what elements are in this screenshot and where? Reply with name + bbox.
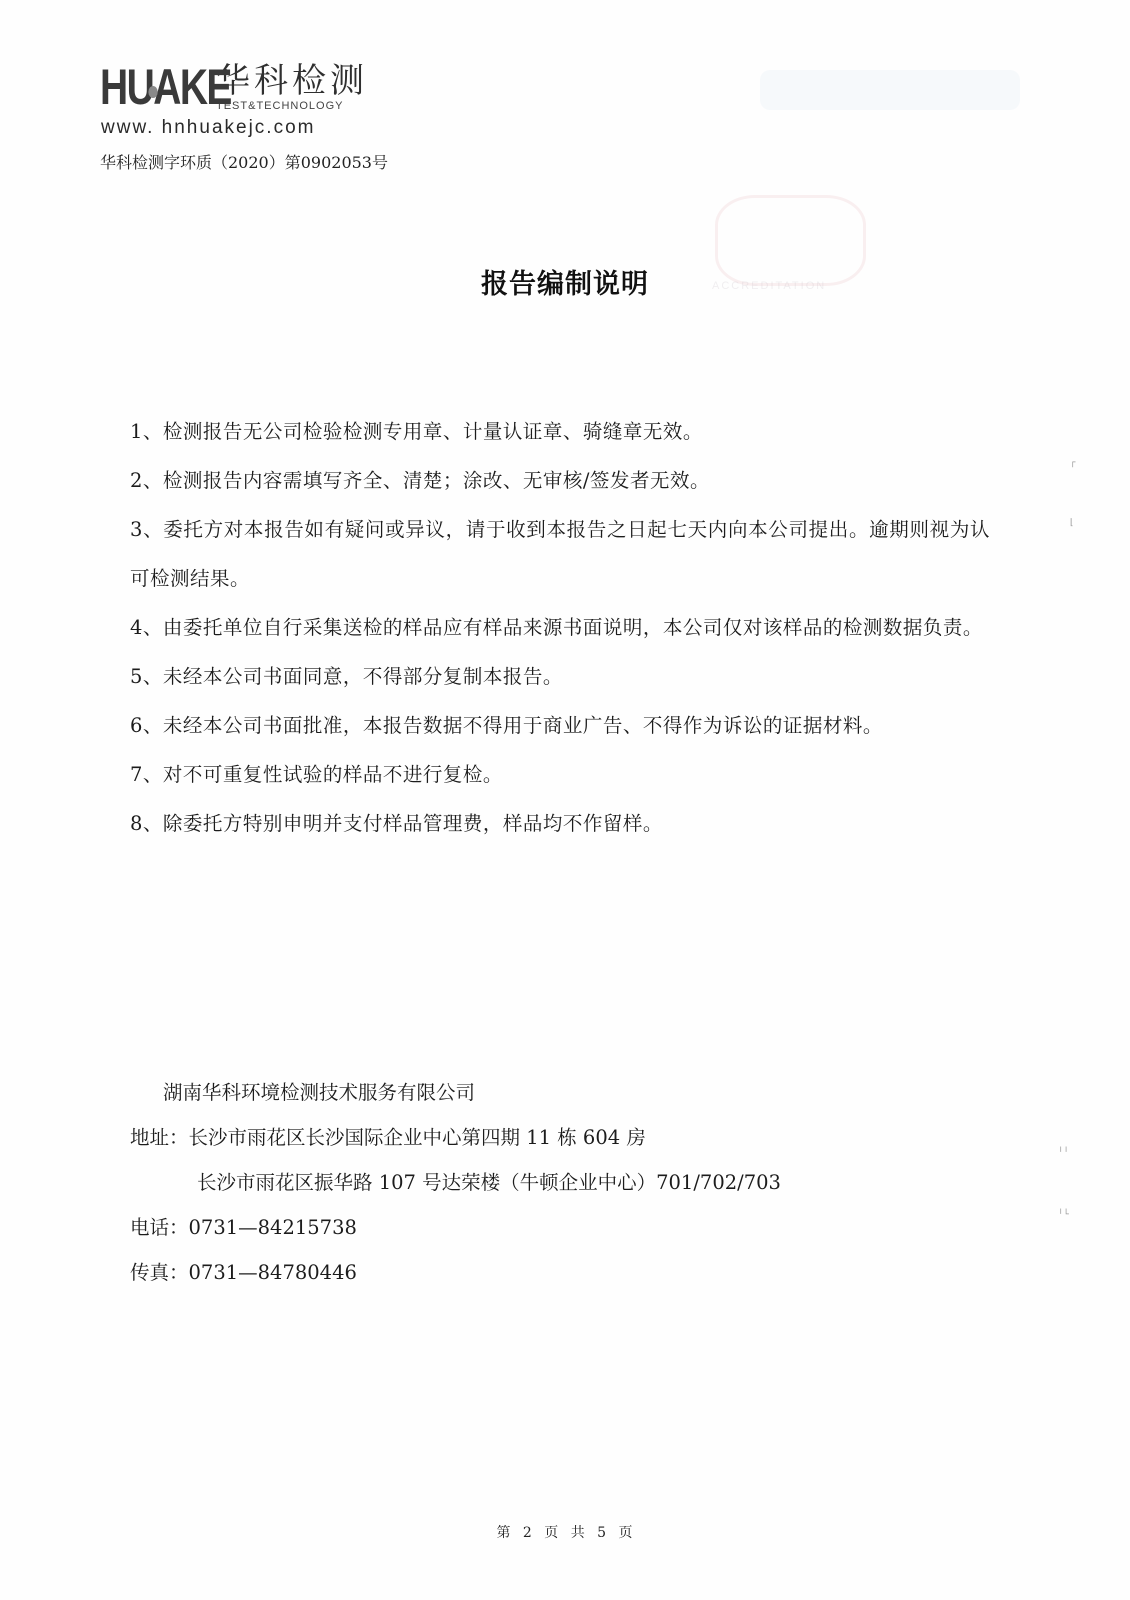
address-line-1: 长沙市雨花区长沙国际企业中心第四期 11 栋 604 房	[189, 1115, 646, 1160]
note-item-1: 1、检测报告无公司检验检测专用章、计量认证章、骑缝章无效。	[130, 407, 990, 456]
company-logo: HUAKE 华科检测 TEST&TECHNOLOGY	[100, 62, 368, 112]
logo-wordmark-text: HUAKE	[100, 59, 231, 115]
fax-row: 传真： 0731—84780446	[130, 1250, 781, 1295]
company-website: www. hnhuakejc.com	[101, 117, 315, 139]
logo-english-tagline: TEST&TECHNOLOGY	[216, 100, 368, 112]
scan-mark: ⌊	[1070, 518, 1074, 528]
document-page: ACCREDITATION HUAKE 华科检测 TEST&TECHNOLOGY…	[0, 0, 1130, 1600]
scan-mark: ┌	[1070, 458, 1075, 468]
note-item-8: 8、除委托方特别申明并支付样品管理费，样品均不作留样。	[130, 799, 990, 848]
company-info: 湖南华科环境检测技术服务有限公司 地址： 长沙市雨花区长沙国际企业中心第四期 1…	[130, 1070, 781, 1295]
logo-dot-icon	[148, 86, 157, 98]
note-item-7: 7、对不可重复性试验的样品不进行复检。	[130, 750, 990, 799]
note-item-2: 2、检测报告内容需填写齐全、清楚；涂改、无审核/签发者无效。	[130, 456, 990, 505]
page-title: 报告编制说明	[0, 262, 1130, 301]
address-label: 地址：	[130, 1115, 189, 1160]
logo-text-group: 华科检测 TEST&TECHNOLOGY	[216, 63, 368, 112]
note-item-5: 5、未经本公司书面同意，不得部分复制本报告。	[130, 652, 990, 701]
scan-mark: ╵└	[1058, 1210, 1069, 1220]
company-name: 湖南华科环境检测技术服务有限公司	[130, 1070, 781, 1115]
page-number-indicator: 第 2 页 共 5 页	[0, 1522, 1130, 1542]
phone-row: 电话： 0731—84215738	[130, 1205, 781, 1250]
note-item-6: 6、未经本公司书面批准，本报告数据不得用于商业广告、不得作为诉讼的证据材料。	[130, 701, 990, 750]
logo-wordmark: HUAKE	[100, 62, 187, 112]
phone-number: 0731—84215738	[189, 1205, 357, 1250]
show-through-artifact	[760, 70, 1020, 110]
document-number: 华科检测字环质（2020）第0902053号	[100, 150, 388, 173]
logo-chinese-name: 华科检测	[216, 63, 368, 99]
phone-label: 电话：	[130, 1205, 189, 1250]
note-item-4: 4、由委托单位自行采集送检的样品应有样品来源书面说明，本公司仅对该样品的检测数据…	[130, 603, 990, 652]
scan-mark: ╵╵	[1058, 1148, 1069, 1158]
report-notes-list: 1、检测报告无公司检验检测专用章、计量认证章、骑缝章无效。 2、检测报告内容需填…	[130, 407, 990, 848]
fax-number: 0731—84780446	[189, 1250, 357, 1295]
note-item-3: 3、委托方对本报告如有疑问或异议，请于收到本报告之日起七天内向本公司提出。逾期则…	[130, 505, 990, 603]
address-line-2: 长沙市雨花区振华路 107 号达荣楼（牛顿企业中心）701/702/703	[130, 1160, 781, 1205]
fax-label: 传真：	[130, 1250, 189, 1295]
address-row: 地址： 长沙市雨花区长沙国际企业中心第四期 11 栋 604 房	[130, 1115, 781, 1160]
